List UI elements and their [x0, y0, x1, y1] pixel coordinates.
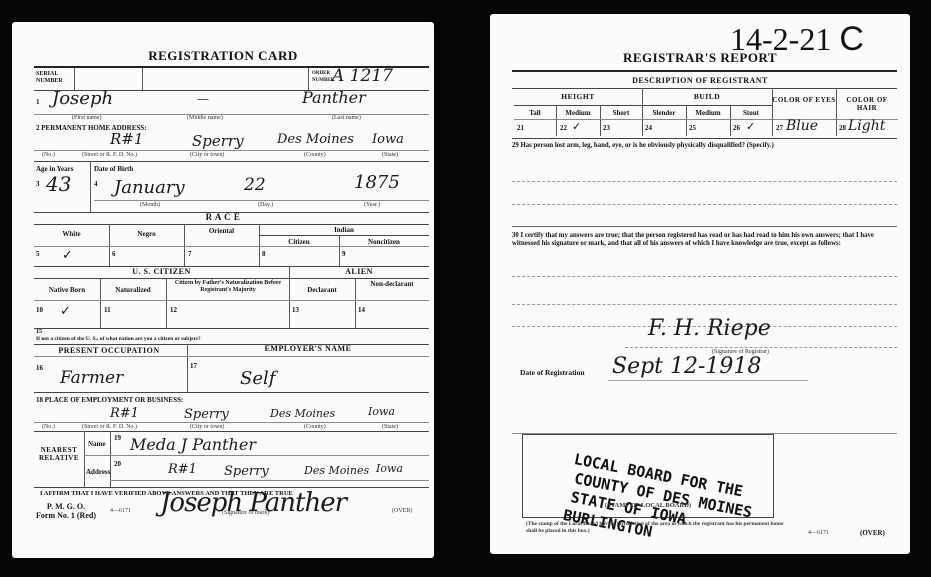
dob-year: 1875	[354, 172, 400, 193]
serial-number-label: SERIAL NUMBER	[36, 71, 66, 85]
dob-day: 22	[244, 175, 266, 195]
report-title: REGISTRAR'S REPORT	[490, 50, 910, 66]
home-address-county: Des Moines	[277, 132, 354, 147]
question-30: 30 I certify that my answers are true; t…	[512, 232, 900, 248]
dob-label: Date of Birth	[94, 165, 133, 173]
field15-label: If not a citizen of the U. S., of what n…	[36, 336, 201, 342]
question-29: 29 Has person lost arm, leg, hand, eye, …	[512, 142, 900, 150]
employment-state: Iowa	[368, 405, 395, 418]
card-title: REGISTRATION CARD	[12, 48, 434, 64]
date-of-registration-label: Date of Registration	[520, 368, 585, 377]
order-number-value: A 1217	[332, 66, 393, 86]
eye-color: Blue	[786, 118, 818, 134]
build-stout-checkmark: ✓	[746, 120, 755, 133]
employment-city: Sperry	[184, 407, 229, 422]
home-address-no: R#1	[110, 130, 143, 148]
employer-value: Self	[240, 368, 275, 389]
employment-no: R#1	[110, 406, 139, 421]
registration-card: REGISTRATION CARD SERIAL NUMBER ORDER NU…	[12, 22, 434, 558]
relative-address-state: Iowa	[376, 462, 403, 475]
occupation-value: Farmer	[60, 368, 123, 388]
home-address-state: Iowa	[372, 132, 404, 147]
white-checkmark: ✓	[62, 248, 73, 263]
home-address-city: Sperry	[192, 132, 244, 150]
relative-address-no: R#1	[168, 462, 197, 477]
height-medium-checkmark: ✓	[572, 120, 581, 133]
age-value: 43	[46, 172, 71, 196]
last-name: Panther	[302, 88, 366, 107]
nearest-relative-label: NEAREST RELATIVE	[34, 446, 84, 462]
order-number-label: ORDER NUMBER	[312, 70, 334, 84]
employment-county: Des Moines	[270, 407, 335, 420]
race-title: R A C E	[12, 212, 434, 222]
registrar-report-card: 14-2-21 C REGISTRAR'S REPORT DESCRIPTION…	[490, 14, 910, 554]
relative-address-county: Des Moines	[304, 464, 369, 477]
relative-name: Meda J Panther	[130, 435, 256, 454]
registrar-signature: F. H. Riepe	[648, 316, 771, 341]
hair-color: Light	[848, 118, 885, 134]
middle-name: —	[197, 92, 209, 106]
form-id: P. M. G. O. Form No. 1 (Red)	[36, 502, 96, 520]
relative-address-city: Sperry	[224, 464, 269, 479]
date-of-registration-value: Sept 12-1918	[612, 354, 761, 379]
stamp-note: (The stamp of the Local Board having jur…	[526, 521, 786, 535]
native-born-checkmark: ✓	[60, 304, 71, 319]
dob-month: January	[114, 177, 185, 198]
first-name: Joseph	[52, 88, 113, 109]
